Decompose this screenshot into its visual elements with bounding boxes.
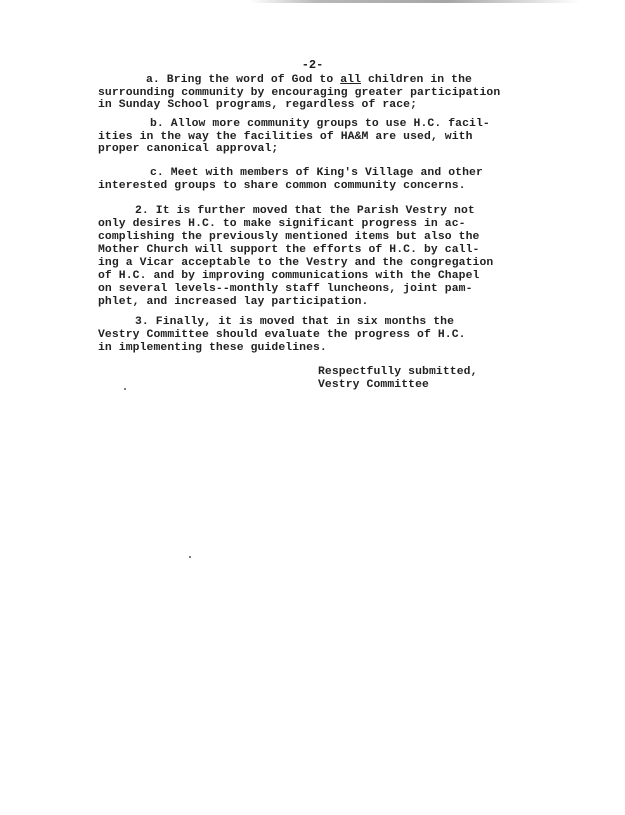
paragraph-c-line-1: c. Meet with members of King's Village a…	[150, 167, 483, 179]
paragraph-a-line-3: in Sunday School programs, regardless of…	[98, 99, 417, 111]
paragraph-b-line-3: proper canonical approval;	[98, 143, 278, 155]
paragraph-b-line-1: b. Allow more community groups to use H.…	[150, 118, 490, 130]
emphasis-all: all	[340, 74, 361, 86]
paragraph-a-line-2: surrounding community by encouraging gre…	[98, 87, 500, 99]
paragraph-3-line-3: in implementing these guidelines.	[98, 342, 327, 354]
paragraph-2-line-8: phlet, and increased lay participation.	[98, 296, 368, 308]
closing-salutation: Respectfully submitted,	[318, 366, 478, 378]
paragraph-3-line-1: 3. Finally, it is moved that in six mont…	[135, 316, 454, 328]
paragraph-3-line-2: Vestry Committee should evaluate the pro…	[98, 329, 466, 341]
scan-top-edge	[250, 0, 580, 3]
paragraph-a-line-1: a. Bring the word of God to all children…	[146, 74, 472, 86]
scan-speck	[189, 556, 191, 558]
paragraph-2-line-2: only desires H.C. to make significant pr…	[98, 218, 466, 230]
page-number: -2-	[0, 58, 625, 72]
scan-speck	[124, 388, 126, 390]
paragraph-2-line-3: complishing the previously mentioned ite…	[98, 231, 479, 243]
paragraph-2-line-5: ing a Vicar acceptable to the Vestry and…	[98, 257, 493, 269]
paragraph-2-line-1: 2. It is further moved that the Parish V…	[135, 205, 475, 217]
paragraph-2-line-7: on several levels--monthly staff luncheo…	[98, 283, 473, 295]
paragraph-2-line-6: of H.C. and by improving communications …	[98, 270, 479, 282]
paragraph-2-line-4: Mother Church will support the efforts o…	[98, 244, 479, 256]
paragraph-c-line-2: interested groups to share common commun…	[98, 180, 466, 192]
paragraph-b-line-2: ities in the way the facilities of HA&M …	[98, 131, 473, 143]
closing-signatory: Vestry Committee	[318, 379, 429, 391]
